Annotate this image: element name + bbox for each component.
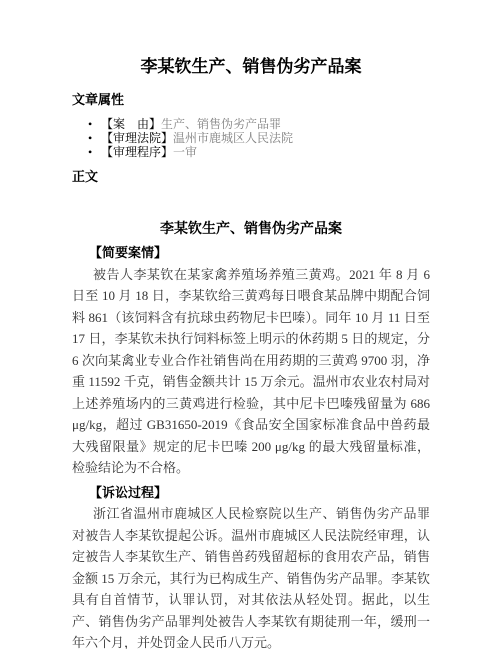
meta-item-cause: 【案 由】生产、销售伪劣产品罪 — [88, 117, 430, 131]
meta-item-procedure-value: 一审 — [173, 145, 197, 159]
meta-item-procedure-label: 【审理程序】 — [101, 145, 173, 159]
meta-item-cause-label: 【案 由】 — [101, 117, 161, 131]
litigation-process-paragraph: 浙江省温州市鹿城区人民检察院以生产、销售伪劣产品罪对被告人李某钦提起公诉。温州市… — [72, 503, 430, 649]
meta-item-court-label: 【审理法院】 — [101, 131, 173, 145]
article-attributes-heading: 文章属性 — [72, 92, 430, 108]
brief-facts-heading: 【简要案情】 — [72, 242, 430, 264]
meta-item-court-value: 温州市鹿城区人民法院 — [173, 131, 293, 145]
meta-item-court: 【审理法院】温州市鹿城区人民法院 — [88, 131, 430, 145]
main-text-heading: 正文 — [72, 169, 430, 185]
case-title: 李某钦生产、销售伪劣产品案 — [72, 221, 430, 239]
document-page: 李某钦生产、销售伪劣产品案 文章属性 【案 由】生产、销售伪劣产品罪 【审理法院… — [0, 0, 502, 649]
meta-item-cause-value: 生产、销售伪劣产品罪 — [161, 117, 281, 131]
case-meta-list: 【案 由】生产、销售伪劣产品罪 【审理法院】温州市鹿城区人民法院 【审理程序】一… — [88, 117, 430, 159]
meta-item-procedure: 【审理程序】一审 — [88, 145, 430, 159]
document-title: 李某钦生产、销售伪劣产品案 — [72, 55, 430, 79]
litigation-process-heading: 【诉讼过程】 — [72, 482, 430, 504]
brief-facts-paragraph: 被告人李某钦在某家禽养殖场养殖三黄鸡。2021 年 8 月 6 日至 10 月 … — [72, 264, 430, 479]
